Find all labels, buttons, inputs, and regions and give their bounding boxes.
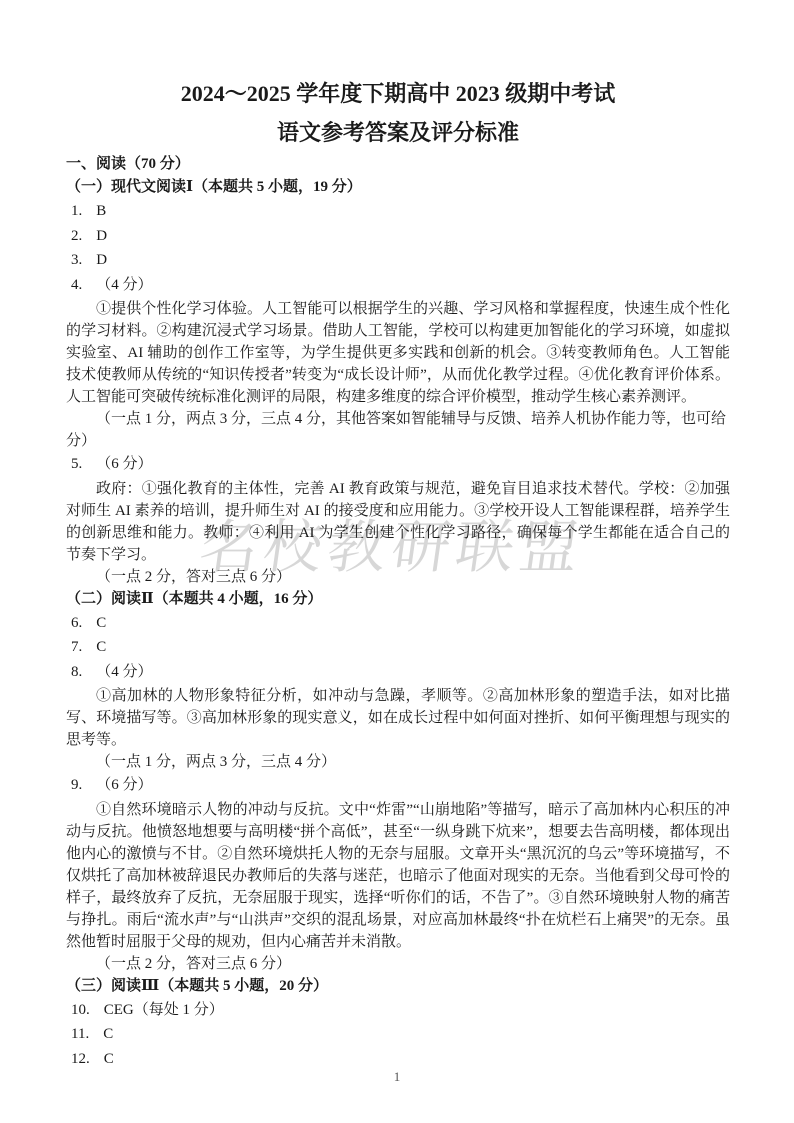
answer-value: C bbox=[96, 639, 106, 655]
question-number: 3. bbox=[71, 252, 82, 268]
answer-detail-q5: 政府：①强化教育的主体性，完善 AI 教育政策与规范，避免盲目追求技术替代。学校… bbox=[66, 478, 730, 566]
answer-line-q2: 2.D bbox=[66, 225, 730, 249]
answer-value: （4 分） bbox=[96, 277, 152, 293]
question-number: 9. bbox=[71, 777, 82, 793]
question-number: 4. bbox=[71, 277, 82, 293]
answer-value: D bbox=[96, 252, 107, 268]
answer-value: （4 分） bbox=[96, 664, 152, 680]
answer-line-q3: 3.D bbox=[66, 249, 730, 273]
scoring-note-q5: （一点 2 分，答对三点 6 分） bbox=[66, 566, 730, 588]
answer-detail-q8: ①高加林的人物形象特征分析，如冲动与急躁，孝顺等。②高加林形象的塑造手法，如对比… bbox=[66, 685, 730, 751]
answer-line-q1: 1.B bbox=[66, 200, 730, 224]
answer-value: D bbox=[96, 228, 107, 244]
answer-value: C bbox=[96, 615, 106, 631]
answer-value: （6 分） bbox=[96, 777, 152, 793]
answer-line-q5: 5.（6 分） bbox=[66, 453, 730, 477]
scoring-note-q8: （一点 1 分，两点 3 分，三点 4 分） bbox=[66, 751, 730, 773]
answer-value: C bbox=[104, 1051, 114, 1067]
answer-line-q4: 4.（4 分） bbox=[66, 274, 730, 298]
doc-title-line1: 2024～2025 学年度下期高中 2023 级期中考试 bbox=[66, 80, 730, 108]
part1-heading: （一）现代文阅读Ⅰ（本题共 5 小题，19 分） bbox=[66, 176, 730, 199]
part2-heading: （二）阅读Ⅱ（本题共 4 小题，16 分） bbox=[66, 588, 730, 611]
question-number: 12. bbox=[71, 1051, 90, 1067]
answer-line-q9: 9.（6 分） bbox=[66, 774, 730, 798]
question-number: 2. bbox=[71, 228, 82, 244]
section-heading-reading: 一、阅读（70 分） bbox=[66, 153, 730, 176]
answer-line-q6: 6.C bbox=[66, 612, 730, 636]
answer-detail-q4: ①提供个性化学习体验。人工智能可以根据学生的兴趣、学习风格和掌握程度，快速生成个… bbox=[66, 298, 730, 408]
question-number: 6. bbox=[71, 615, 82, 631]
scoring-note-q4: （一点 1 分，两点 3 分，三点 4 分，其他答案如智能辅导与反馈、培养人机协… bbox=[66, 408, 730, 452]
doc-title-line2: 语文参考答案及评分标准 bbox=[66, 119, 730, 147]
answer-line-q7: 7.C bbox=[66, 636, 730, 660]
question-number: 7. bbox=[71, 639, 82, 655]
question-number: 11. bbox=[71, 1026, 89, 1042]
answer-line-q8: 8.（4 分） bbox=[66, 661, 730, 685]
document-page: 名校教研联盟 2024～2025 学年度下期高中 2023 级期中考试 语文参考… bbox=[0, 0, 794, 1123]
answer-line-q11: 11.C bbox=[66, 1023, 730, 1047]
answer-value: B bbox=[96, 203, 106, 219]
answer-line-q12: 12.C bbox=[66, 1048, 730, 1072]
scoring-note-q9: （一点 2 分，答对三点 6 分） bbox=[66, 953, 730, 975]
answer-line-q10: 10.CEG（每处 1 分） bbox=[66, 999, 730, 1023]
answer-detail-q9: ①自然环境暗示人物的冲动与反抗。文中“炸雷”“山崩地陷”等描写，暗示了高加林内心… bbox=[66, 799, 730, 953]
question-number: 10. bbox=[71, 1002, 90, 1018]
answer-value: （6 分） bbox=[96, 456, 152, 472]
question-number: 8. bbox=[71, 664, 82, 680]
part3-heading: （三）阅读Ⅲ（本题共 5 小题，20 分） bbox=[66, 975, 730, 998]
answer-value: CEG（每处 1 分） bbox=[104, 1002, 224, 1018]
answer-value: C bbox=[103, 1026, 113, 1042]
question-number: 5. bbox=[71, 456, 82, 472]
document-content: 2024～2025 学年度下期高中 2023 级期中考试 语文参考答案及评分标准… bbox=[0, 0, 794, 1123]
question-number: 1. bbox=[71, 203, 82, 219]
